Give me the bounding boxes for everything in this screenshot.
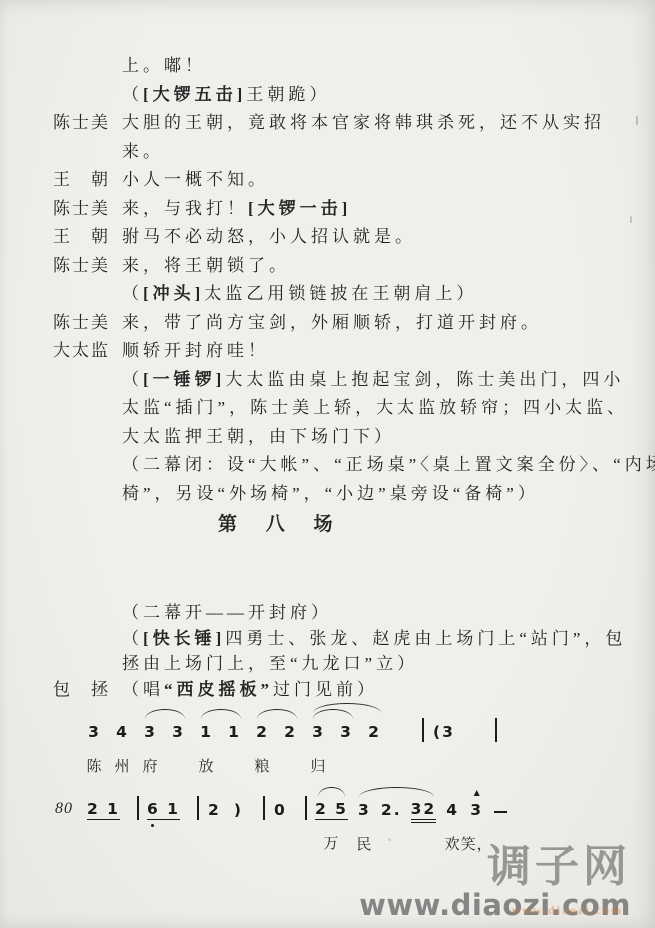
line-text: （[快长锤]四勇士、张龙、赵虎由上场门上“站门”，包	[122, 626, 626, 652]
speaker-label: 包 拯	[53, 677, 122, 703]
note: 2.	[381, 801, 402, 820]
line-text: （二幕开——开封府）	[122, 600, 332, 626]
script-line: 王 朝驸马不必动怒，小人招认就是。	[0, 223, 655, 252]
line-text: 驸马不必动怒，小人招认就是。	[122, 223, 416, 252]
line-text: 顺轿开封府哇！	[122, 337, 269, 366]
speaker-label: 大太监	[53, 337, 122, 366]
note: 3	[339, 723, 354, 742]
note: 3府	[143, 723, 158, 742]
slur-arc	[201, 709, 241, 719]
note: 3归	[311, 723, 326, 742]
speaker-label: 陈士美	[53, 195, 122, 224]
line-text: 太监“插门”，陈士美上轿，大太监放轿帘；四小太监、	[122, 394, 628, 423]
slur-arc	[359, 787, 435, 797]
scanned-script-page: 上。嘟！（[大锣五击]王朝跪）陈士美大胆的王朝，竟敢将本官家将韩琪杀死，还不从实…	[0, 0, 655, 928]
line-text: 大太监押王朝，由下场门下）	[122, 423, 395, 452]
scan-artifact	[388, 838, 391, 841]
note: 6 1	[147, 800, 180, 820]
note: 3	[171, 723, 186, 742]
script-line: 来。	[0, 138, 655, 167]
bar-line	[136, 796, 140, 820]
speaker-label: 王 朝	[53, 223, 122, 252]
score-line: 3陈4州3府31放12粮23归32(3	[87, 716, 655, 742]
script-line: （[快长锤]四勇士、张龙、赵虎由上场门上“站门”，包	[0, 626, 655, 652]
bar-line	[262, 796, 266, 820]
line-text: 拯由上场门上，至“九龙口”立）	[122, 651, 418, 677]
note: 1放	[199, 723, 214, 742]
note: (3	[433, 723, 455, 742]
slur-arc	[145, 709, 185, 719]
line-text: 来。	[122, 138, 164, 167]
note: 4欢	[445, 801, 460, 820]
script-line: （[一锤锣]大太监由桌上抱起宝剑，陈士美出门，四小	[0, 366, 655, 395]
script-line: （[大锣五击]王朝跪）	[0, 81, 655, 110]
script-line: （二幕开——开封府）	[0, 600, 655, 626]
script-line: 陈士美来，带了尚方宝剑，外厢顺轿，打道开封府。	[0, 309, 655, 338]
scene-heading: 第 八 场	[218, 510, 655, 540]
speaker-label: 陈士美	[53, 252, 122, 281]
note: 0	[273, 801, 288, 820]
line-text: （[冲头]太监乙用锁链披在王朝肩上）	[122, 280, 477, 309]
slur-arc	[257, 709, 297, 719]
dialogue-block-scene7: 上。嘟！（[大锣五击]王朝跪）陈士美大胆的王朝，竟敢将本官家将韩琪杀死，还不从实…	[0, 0, 655, 508]
note	[493, 811, 508, 821]
note: 2	[207, 801, 222, 820]
lyric: 府	[142, 755, 158, 776]
speaker-label: 王 朝	[53, 166, 122, 195]
duration-dash	[494, 811, 507, 814]
slur-arc	[318, 787, 344, 797]
watermark-site-name: 调子网	[359, 844, 631, 890]
dialogue-block-scene8: （二幕开——开封府）（[快长锤]四勇士、张龙、赵虎由上场门上“站门”，包拯由上场…	[0, 548, 655, 702]
scan-artifact	[636, 116, 638, 125]
page-number: 80	[55, 800, 73, 818]
script-line: 陈士美大胆的王朝，竟敢将本官家将韩琪杀死，还不从实招	[0, 109, 655, 138]
note: 2	[283, 723, 298, 742]
line-text: （[一锤锣]大太监由桌上抱起宝剑，陈士美出门，四小	[122, 366, 624, 395]
line-text: 小人一概不知。	[122, 166, 269, 195]
lyric: 州	[114, 755, 130, 776]
line-text: （[大锣五击]王朝跪）	[122, 81, 330, 110]
line-text: （唱“西皮摇板”过门见前）	[122, 677, 378, 703]
note: 2 5万	[315, 800, 348, 820]
note: 3▲笑，	[469, 801, 484, 820]
note: 4州	[115, 723, 130, 742]
note: 2 1	[87, 800, 120, 820]
script-line: 大太监押王朝，由下场门下）	[0, 423, 655, 452]
line-text: 椅”，另设“外场椅”，“小边”桌旁设“备椅”）	[122, 480, 539, 509]
bar-line	[304, 796, 308, 820]
lyric: 归	[310, 755, 326, 776]
script-line: 椅”，另设“外场椅”，“小边”桌旁设“备椅”）	[0, 480, 655, 509]
script-line: 太监“插门”，陈士美上轿，大太监放轿帘；四小太监、	[0, 394, 655, 423]
lyric: 粮	[254, 755, 270, 776]
lyric: 放	[198, 755, 214, 776]
script-line: （[冲头]太监乙用锁链披在王朝肩上）	[0, 280, 655, 309]
script-line: 上。嘟！	[0, 52, 655, 81]
note: 2粮	[255, 723, 270, 742]
script-line: （二幕闭：设“大帐”、“正场桌”〈桌上置文案全份〉、“内场	[0, 451, 655, 480]
script-line: 包 拯（唱“西皮摇板”过门见前）	[0, 677, 655, 703]
line-text: 上。嘟！	[122, 52, 206, 81]
line-text: 来，与我打！[大锣一击]	[122, 195, 351, 224]
watermark-orange-echo: www.diaozi.com	[512, 903, 623, 918]
script-line: 陈士美来，将王朝锁了。	[0, 252, 655, 281]
scan-artifact	[630, 216, 632, 223]
jianpu-score: 3陈4州3府31放12粮23归32(32 16 12)02 5万3民2.324欢…	[0, 716, 655, 820]
speaker-label: 陈士美	[53, 309, 122, 338]
line-text: 大胆的王朝，竟敢将本官家将韩琪杀死，还不从实招	[122, 109, 605, 138]
bar-line	[494, 718, 498, 742]
note: )	[231, 801, 246, 820]
bar-line	[421, 718, 425, 742]
bar-line	[196, 796, 200, 820]
line-text: （二幕闭：设“大帐”、“正场桌”〈桌上置文案全份〉、“内场	[122, 451, 655, 480]
script-line: 陈士美来，与我打！[大锣一击]	[0, 195, 655, 224]
lyric: 陈	[86, 755, 102, 776]
low-octave-dot	[151, 824, 154, 827]
score-line: 2 16 12)02 5万3民2.324欢3▲笑，	[87, 794, 655, 820]
note: 3陈	[87, 723, 102, 742]
script-line: 大太监顺轿开封府哇！	[0, 337, 655, 366]
script-line: 拯由上场门上，至“九龙口”立）	[0, 651, 655, 677]
note: 2	[367, 723, 382, 742]
accent-mark: ▲	[474, 789, 480, 797]
line-text: 来，带了尚方宝剑，外厢顺轿，打道开封府。	[122, 309, 542, 338]
lyric: 万	[323, 832, 339, 853]
note: 32	[411, 800, 437, 820]
note: 1	[227, 723, 242, 742]
slur-arc	[313, 703, 381, 713]
note: 3民	[357, 801, 372, 820]
script-line: 王 朝小人一概不知。	[0, 166, 655, 195]
line-text: 来，将王朝锁了。	[122, 252, 290, 281]
speaker-label: 陈士美	[53, 109, 122, 138]
